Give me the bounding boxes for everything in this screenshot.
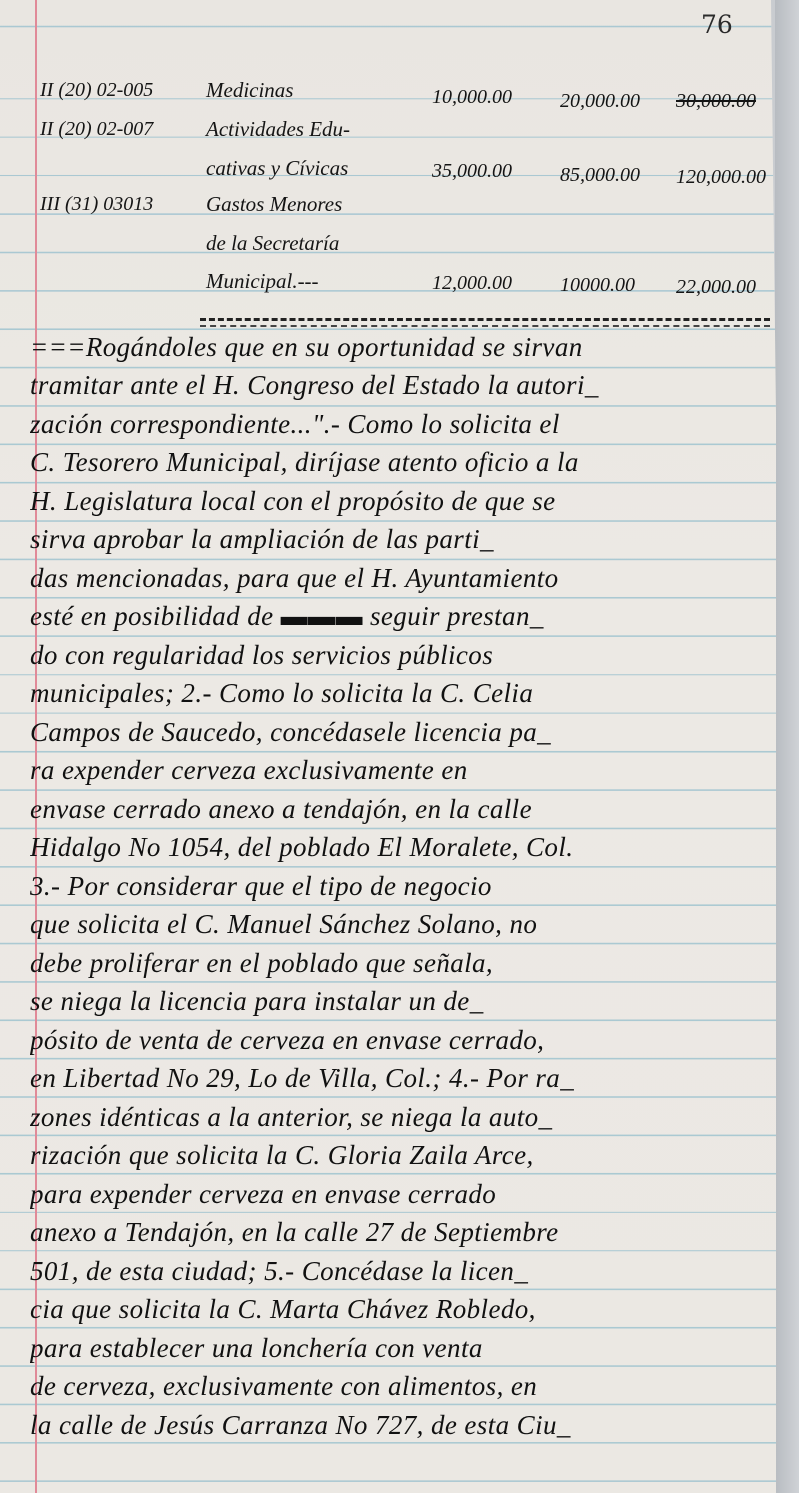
body-line: ===Rogándoles que en su oportunidad se s… xyxy=(30,332,770,363)
body-line: 3.- Por considerar que el tipo de negoci… xyxy=(30,871,770,902)
body-line: de cerveza, exclusivamente con alimentos… xyxy=(30,1371,770,1402)
budget-amount-3: 30,000.00 xyxy=(676,90,756,113)
body-line: debe proliferar en el poblado que señala… xyxy=(30,948,770,979)
body-line: 501, de esta ciudad; 5.- Concédase la li… xyxy=(30,1256,770,1287)
budget-amount-3: 120,000.00 xyxy=(676,166,766,189)
body-line: municipales; 2.- Como lo solicita la C. … xyxy=(30,678,770,709)
section-divider xyxy=(200,325,770,327)
body-line: se niega la licencia para instalar un de… xyxy=(30,986,770,1017)
body-line: H. Legislatura local con el propósito de… xyxy=(30,486,770,517)
body-line: la calle de Jesús Carranza No 727, de es… xyxy=(30,1410,770,1441)
budget-amount-2: 20,000.00 xyxy=(560,90,640,113)
body-line: zones idénticas a la anterior, se niega … xyxy=(30,1102,770,1133)
body-line: zación correspondiente...".- Como lo sol… xyxy=(30,409,770,440)
budget-amount-3: 22,000.00 xyxy=(676,276,756,299)
body-line: do con regularidad los servicios público… xyxy=(30,640,770,671)
body-line: anexo a Tendajón, en la calle 27 de Sept… xyxy=(30,1217,770,1248)
body-line: C. Tesorero Municipal, diríjase atento o… xyxy=(30,447,770,478)
section-divider xyxy=(200,318,770,321)
body-line: sirva aprobar la ampliación de las parti… xyxy=(30,524,770,555)
body-line: esté en posibilidad de ▬▬▬ seguir presta… xyxy=(30,601,770,632)
body-line: tramitar ante el H. Congreso del Estado … xyxy=(30,370,770,401)
body-line: Campos de Saucedo, concédasele licencia … xyxy=(30,717,770,748)
body-line: rización que solicita la C. Gloria Zaila… xyxy=(30,1140,770,1171)
budget-table: II (20) 02-005 Medicinas 10,000.00 20,00… xyxy=(0,0,776,320)
body-line: ra expender cerveza exclusivamente en xyxy=(30,755,770,786)
budget-code: III (31) 03013 xyxy=(40,193,153,216)
body-line: pósito de venta de cerveza en envase cer… xyxy=(30,1025,770,1056)
budget-amount-1: 12,000.00 xyxy=(432,272,512,295)
body-line: que solicita el C. Manuel Sánchez Solano… xyxy=(30,909,770,940)
budget-amount-1: 35,000.00 xyxy=(432,160,512,183)
budget-code: II (20) 02-005 xyxy=(40,79,153,102)
budget-code: II (20) 02-007 xyxy=(40,118,153,141)
body-line: cia que solicita la C. Marta Chávez Robl… xyxy=(30,1294,770,1325)
budget-description: Medicinas xyxy=(206,78,293,103)
budget-amount-1: 10,000.00 xyxy=(432,86,512,109)
budget-description: Gastos Menores xyxy=(206,192,342,217)
background-surface xyxy=(775,0,799,1493)
body-line: das mencionadas, para que el H. Ayuntami… xyxy=(30,563,770,594)
budget-amount-2: 10000.00 xyxy=(560,274,635,297)
budget-description: Actividades Edu- xyxy=(206,117,350,142)
budget-description: Municipal.--- xyxy=(206,269,319,294)
budget-description: de la Secretaría xyxy=(206,231,339,256)
body-line: para expender cerveza en envase cerrado xyxy=(30,1179,770,1210)
notebook-page: 76 II (20) 02-005 Medicinas 10,000.00 20… xyxy=(0,0,776,1493)
body-line: en Libertad No 29, Lo de Villa, Col.; 4.… xyxy=(30,1063,770,1094)
body-line: para establecer una lonchería con venta xyxy=(30,1333,770,1364)
budget-description: cativas y Cívicas xyxy=(206,156,348,181)
budget-amount-2: 85,000.00 xyxy=(560,164,640,187)
body-line: envase cerrado anexo a tendajón, en la c… xyxy=(30,794,770,825)
body-line: Hidalgo No 1054, del poblado El Moralete… xyxy=(30,832,770,863)
